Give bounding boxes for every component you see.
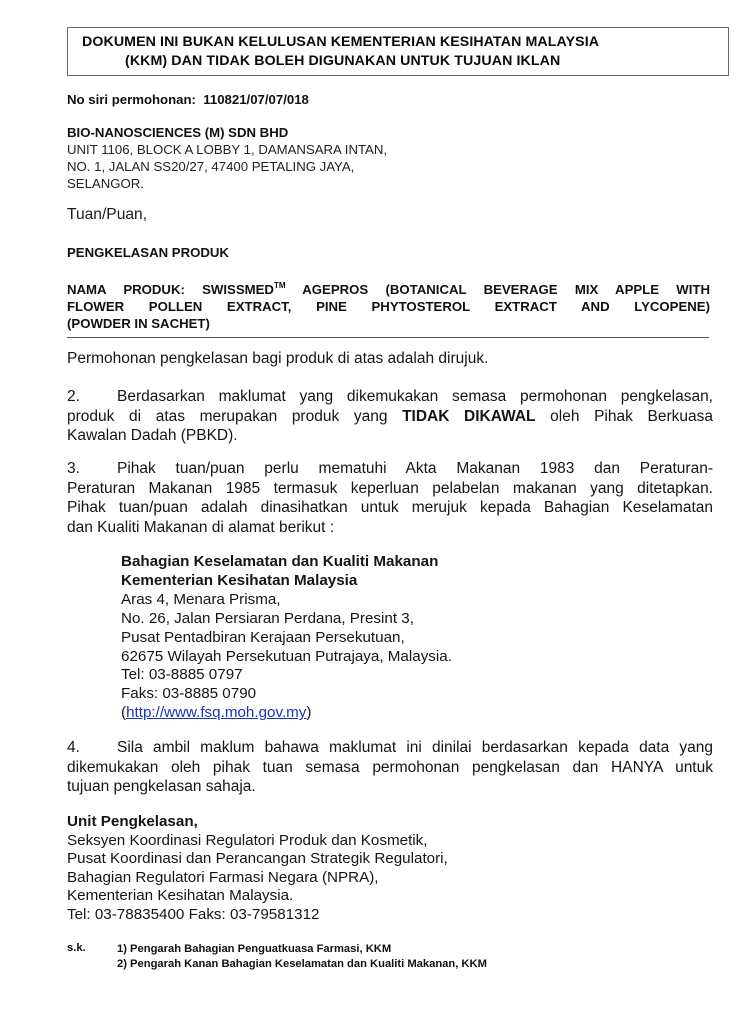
not-controlled-emphasis: TIDAK DIKAWAL (402, 408, 535, 425)
disclaimer-box: DOKUMEN INI BUKAN KELULUSAN KEMENTERIAN … (67, 27, 729, 76)
recipient-company: BIO-NANOSCIENCES (M) SDN BHD (67, 125, 288, 140)
signature-line: Pusat Koordinasi dan Perancangan Strateg… (67, 850, 448, 869)
application-serial: No siri permohonan: 110821/07/07/018 (67, 92, 309, 107)
paragraph-1: Permohonan pengkelasan bagi produk di at… (67, 349, 713, 369)
application-serial-label: No siri permohonan: (67, 92, 196, 107)
subject-heading: PENGKELASAN PRODUK (67, 245, 229, 260)
disclaimer-line-1: DOKUMEN INI BUKAN KELULUSAN KEMENTERIAN … (82, 34, 599, 50)
disclaimer-line-2: (KKM) DAN TIDAK BOLEH DIGUNAKAN UNTUK TU… (125, 53, 560, 69)
address-website: (http://www.fsq.moh.gov.my) (121, 704, 452, 723)
product-name-line-1: NAMA PRODUK: SWISSMEDTM AGEPROS (BOTANIC… (67, 278, 710, 299)
horizontal-divider (67, 337, 709, 338)
fsq-website-link[interactable]: http://www.fsq.moh.gov.my (126, 704, 306, 721)
paragraph-number: 2. (67, 387, 117, 407)
product-name-line-2: FLOWER POLLEN EXTRACT, PINE PHYTOSTEROL … (67, 299, 710, 316)
address-phone: Tel: 03-8885 0797 (121, 666, 452, 685)
paragraph-number: 4. (67, 738, 117, 758)
application-serial-number: 110821/07/07/018 (203, 92, 309, 107)
address-line: Aras 4, Menara Prisma, (121, 591, 452, 610)
salutation: Tuan/Puan, (67, 206, 147, 224)
signature-line: Bahagian Regulatori Farmasi Negara (NPRA… (67, 869, 448, 888)
product-name-line-3: (POWDER IN SACHET) (67, 316, 710, 333)
address-fax: Faks: 03-8885 0790 (121, 685, 452, 704)
trademark-symbol: TM (274, 281, 286, 290)
signature-contact: Tel: 03-78835400 Faks: 03-79581312 (67, 906, 448, 925)
cc-item: 2) Pengarah Kanan Bahagian Keselamatan d… (117, 957, 487, 972)
address-line: Pusat Pentadbiran Kerajaan Persekutuan, (121, 629, 452, 648)
signature-line: Seksyen Koordinasi Regulatori Produk dan… (67, 832, 448, 851)
address-line: 62675 Wilayah Persekutuan Putrajaya, Mal… (121, 648, 452, 667)
paragraph-4: 4.Sila ambil maklum bahawa maklumat ini … (67, 738, 713, 797)
paragraph-3: 3.Pihak tuan/puan perlu mematuhi Akta Ma… (67, 459, 713, 537)
product-name: NAMA PRODUK: SWISSMEDTM AGEPROS (BOTANIC… (67, 278, 710, 332)
recipient-address-line: UNIT 1106, BLOCK A LOBBY 1, DAMANSARA IN… (67, 141, 387, 158)
paragraph-2: 2.Berdasarkan maklumat yang dikemukakan … (67, 387, 713, 446)
signature-unit: Unit Pengkelasan, (67, 813, 448, 832)
cc-list: 1) Pengarah Bahagian Penguatkuasa Farmas… (117, 942, 487, 971)
recipient-address: UNIT 1106, BLOCK A LOBBY 1, DAMANSARA IN… (67, 141, 387, 192)
address-line: No. 26, Jalan Persiaran Perdana, Presint… (121, 610, 452, 629)
food-safety-address: Bahagian Keselamatan dan Kualiti Makanan… (121, 553, 452, 723)
signature-block: Unit Pengkelasan, Seksyen Koordinasi Reg… (67, 813, 448, 925)
address-title-1: Bahagian Keselamatan dan Kualiti Makanan (121, 553, 452, 572)
recipient-address-line: NO. 1, JALAN SS20/27, 47400 PETALING JAY… (67, 158, 387, 175)
cc-label: s.k. (67, 942, 86, 954)
cc-item: 1) Pengarah Bahagian Penguatkuasa Farmas… (117, 942, 487, 957)
signature-line: Kementerian Kesihatan Malaysia. (67, 887, 448, 906)
address-title-2: Kementerian Kesihatan Malaysia (121, 572, 452, 591)
recipient-address-line: SELANGOR. (67, 175, 387, 192)
paragraph-number: 3. (67, 459, 117, 479)
